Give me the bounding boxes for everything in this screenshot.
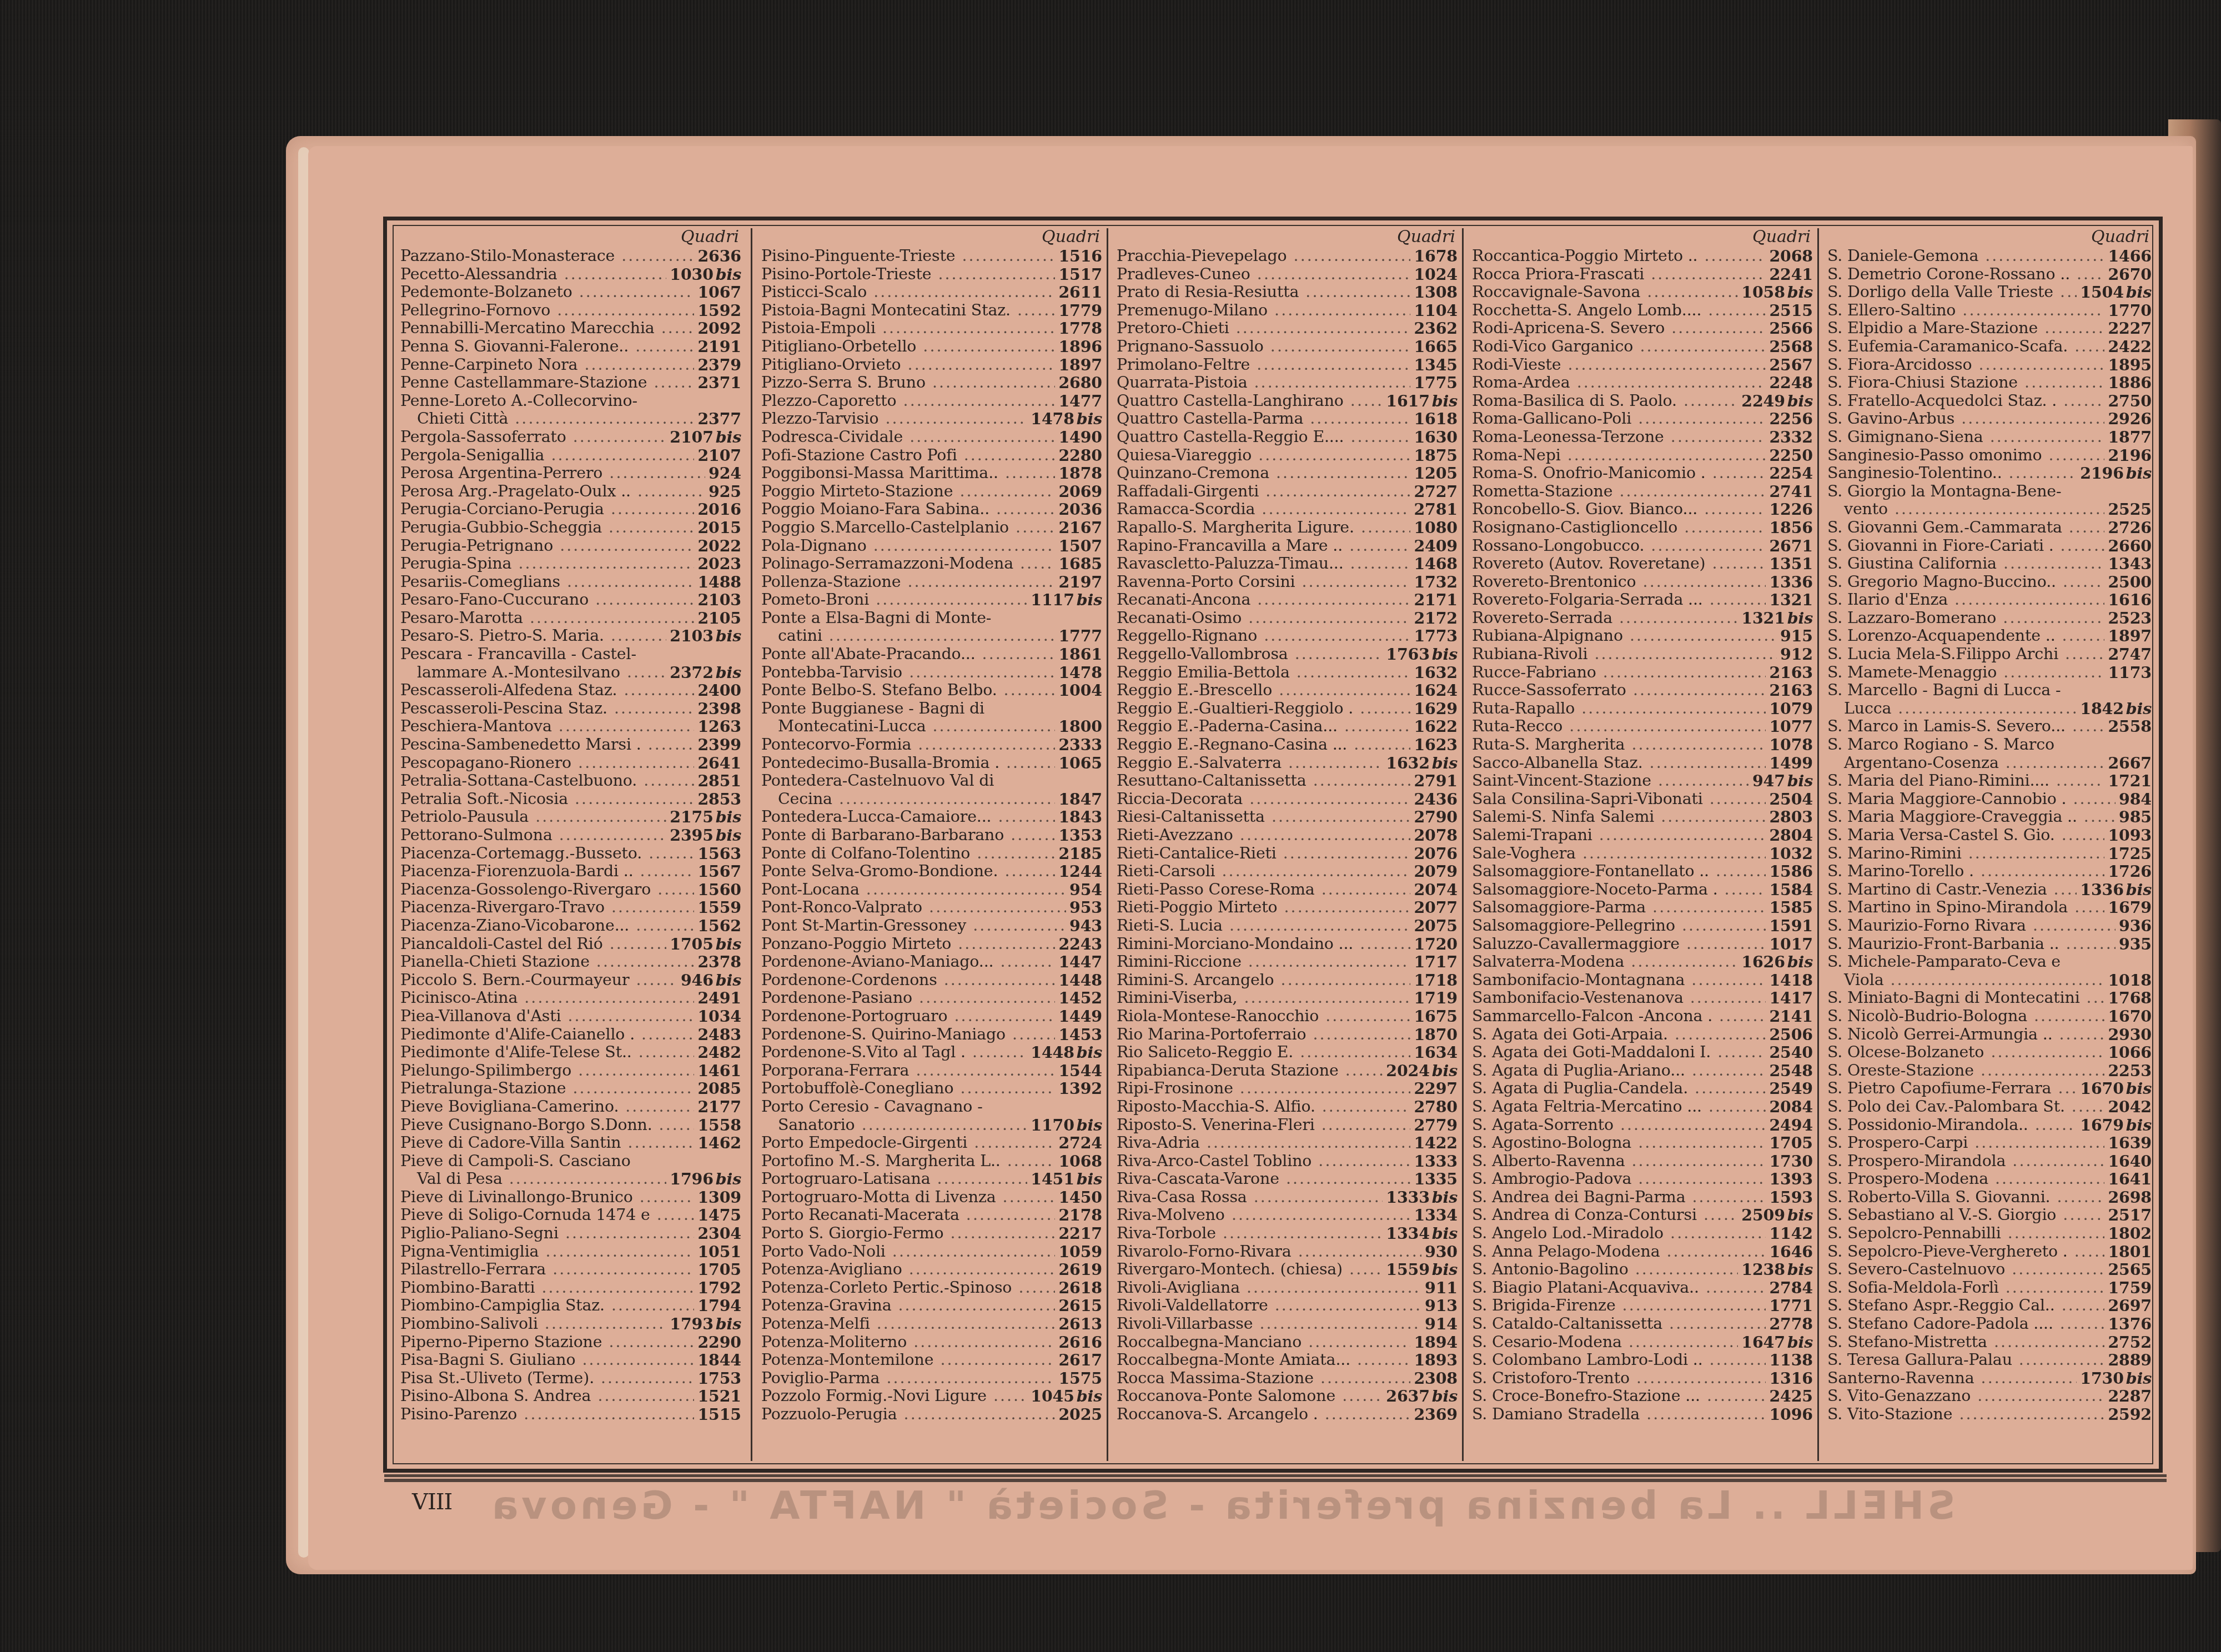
index-entry: S. Cesario-Modena1647bis xyxy=(1472,1333,1813,1352)
entry-number-value: 1777 xyxy=(1058,626,1102,645)
entry-place-name: Pieve Cusignano-Borgo S.Donn. xyxy=(400,1116,694,1134)
index-entry: Poggio S.Marcello-Castelplanio2167 xyxy=(761,519,1102,537)
entry-place-name: S. Miniato-Bagni di Montecatini xyxy=(1827,989,2104,1007)
entry-table-number: 1490 xyxy=(1055,428,1102,446)
index-entry: Pisino-Albona S. Andrea1521 xyxy=(400,1387,741,1405)
index-entry: Ruta-Rapallo1079 xyxy=(1472,700,1813,718)
entry-number-value: 2105 xyxy=(697,609,741,627)
entry-number-value: 1093 xyxy=(2108,826,2152,845)
index-entry: Pesaro-S. Pietro-S. Maria.2103bis xyxy=(400,627,741,645)
entry-number-value: 1618 xyxy=(1414,409,1458,428)
entry-place-name: S. Maurizio-Front-Barbania .. xyxy=(1827,935,2116,953)
entry-number-value: 2491 xyxy=(697,988,741,1007)
entry-table-number: 930 xyxy=(1421,1243,1458,1261)
index-entry: S. Marco Rogiano - S. Marco xyxy=(1827,736,2152,754)
entry-table-number: 2243 xyxy=(1055,935,1102,953)
entry-table-number: 2494 xyxy=(1766,1116,1813,1134)
entry-table-number: 1059 xyxy=(1055,1243,1102,1261)
entry-place-name: Quiesa-Viareggio xyxy=(1117,446,1410,465)
index-entry: Rometta-Stazione2741 xyxy=(1472,483,1813,501)
index-entry: S. Damiano Stradella1096 xyxy=(1472,1405,1813,1424)
entry-bis-suffix: bis xyxy=(2126,1116,2152,1134)
entry-table-number: 1685 xyxy=(1055,555,1102,573)
entry-table-number: 2163 xyxy=(1766,681,1813,700)
entry-place-name: Quattro Castella-Parma xyxy=(1117,410,1410,428)
entry-table-number: 1675 xyxy=(1410,1007,1458,1026)
entry-table-number: 1759 xyxy=(2104,1279,2152,1297)
index-entry: Salsomaggiore-Noceto-Parma .1584 xyxy=(1472,881,1813,899)
entry-table-number: 2617 xyxy=(1055,1351,1102,1369)
entry-table-number: 924 xyxy=(705,464,741,483)
index-entry: S. Lucia Mela-S.Filippo Archi2747 xyxy=(1827,645,2152,664)
index-entry: Petriolo-Pausula2175bis xyxy=(400,808,741,826)
entry-table-number: 2197 xyxy=(1055,573,1102,591)
index-entry: S. Ellero-Saltino1770 xyxy=(1827,302,2152,320)
entry-number-value: 2525 xyxy=(2108,500,2152,519)
entry-table-number: 2565 xyxy=(2104,1261,2152,1279)
entry-place-name: Rovereto-Folgaria-Serrada ... xyxy=(1472,591,1766,609)
entry-number-value: 1878 xyxy=(1058,464,1102,483)
index-entry: Pilastrello-Ferrara1705 xyxy=(400,1261,741,1279)
entry-place-name: Ruta-Recco xyxy=(1472,717,1766,736)
entry-table-number: 1238bis xyxy=(1738,1261,1813,1279)
index-entry: Pergola-Senigallia2107 xyxy=(400,446,741,465)
entry-table-number: 1793bis xyxy=(666,1315,741,1333)
index-entry: S. Gregorio Magno-Buccino..2500 xyxy=(1827,573,2152,591)
index-entry: Rivergaro-Montech. (chiesa)1559bis xyxy=(1117,1261,1458,1279)
entry-place-name: Pordenone-Portogruaro xyxy=(761,1007,1055,1026)
column-divider xyxy=(1462,228,1464,1461)
entry-table-number: 2024bis xyxy=(1383,1062,1458,1080)
index-entry: S. Nicolò Gerrei-Armungia ..2930 xyxy=(1827,1026,2152,1044)
index-entry: Roccantica-Poggio Mirteto ..2068 xyxy=(1472,247,1813,265)
entry-place-name: S. Marino-Rimini xyxy=(1827,845,2104,863)
index-entry: S. Teresa Gallura-Palau2889 xyxy=(1827,1351,2152,1369)
entry-number-value: 2851 xyxy=(697,771,741,790)
entry-number-value: 1778 xyxy=(1058,319,1102,338)
entry-table-number: 2567 xyxy=(1766,356,1813,374)
entry-table-number: 1067 xyxy=(694,283,741,302)
index-entry: Rocchetta-S. Angelo Lomb....2515 xyxy=(1472,302,1813,320)
entry-place-name: Ponte di Barbarano-Barbarano xyxy=(761,826,1055,845)
index-entry: Salsomaggiore-Pellegrino1591 xyxy=(1472,917,1813,935)
index-entry: Riva-Cascata-Varone1335 xyxy=(1117,1170,1458,1188)
entry-place-name: Roma-Leonessa-Terzone xyxy=(1472,428,1766,446)
entry-number-value: 924 xyxy=(708,464,741,483)
index-column-1: Quadri Pazzano-Stilo-Monasterace2636Pece… xyxy=(395,227,745,1463)
index-entry: Salemi-S. Ninfa Salemi2803 xyxy=(1472,808,1813,826)
entry-number-value: 2779 xyxy=(1414,1116,1458,1134)
index-entry: Rivoli-Valdellatorre913 xyxy=(1117,1297,1458,1315)
index-entry: Argentano-Cosenza2667 xyxy=(1827,754,2152,772)
entry-table-number: 2491 xyxy=(694,989,741,1007)
entry-place-name: Ponzano-Poggio Mirteto xyxy=(761,935,1055,953)
index-entry: Rucce-Sassoferrato2163 xyxy=(1472,681,1813,700)
entry-place-name: Rucce-Fabriano xyxy=(1472,664,1766,682)
entry-table-number: 2107bis xyxy=(666,428,741,446)
entry-number-value: 2641 xyxy=(697,754,741,772)
entry-place-name: Pontedera-Lucca-Camaiore... xyxy=(761,808,1055,826)
entry-number-value: 985 xyxy=(2119,807,2152,826)
entry-place-name: Piacenza-Gossolengo-Rivergaro xyxy=(400,881,694,899)
entry-table-number: 2379 xyxy=(694,356,741,374)
entry-number-value: 2558 xyxy=(2108,717,2152,736)
index-entry: Ponte di Colfano-Tolentino2185 xyxy=(761,845,1102,863)
entry-number-value: 1244 xyxy=(1058,862,1102,881)
entry-table-number: 2248 xyxy=(1766,374,1813,392)
entry-number-value: 1586 xyxy=(1769,862,1813,881)
entry-table-number: 2750 xyxy=(2104,392,2152,410)
entry-number-value: 2297 xyxy=(1414,1079,1458,1098)
entry-number-value: 2409 xyxy=(1414,536,1458,555)
entry-number-value: 2540 xyxy=(1769,1043,1813,1062)
index-entry: S. Agata Feltria-Mercatino ...2084 xyxy=(1472,1098,1813,1116)
entry-table-number: 2616 xyxy=(1055,1333,1102,1352)
entry-place-name: Sacco-Albanella Staz. xyxy=(1472,754,1766,772)
entry-place-name: Sale-Voghera xyxy=(1472,845,1766,863)
entry-place-name: catini xyxy=(761,627,1055,645)
entry-table-number: 1585 xyxy=(1766,898,1813,917)
entry-table-number: 1321 xyxy=(1766,591,1813,609)
entry-table-number: 985 xyxy=(2116,808,2152,826)
index-entry: Rodi-Vico Garganico2568 xyxy=(1472,338,1813,356)
entry-place-name: S. Cristoforo-Trento xyxy=(1472,1369,1766,1388)
entry-table-number: 2781 xyxy=(1410,500,1458,519)
entry-number-value: 1675 xyxy=(1414,1007,1458,1026)
index-entry: S. Agata dei Goti-Maddaloni I.2540 xyxy=(1472,1043,1813,1062)
entry-table-number: 1763bis xyxy=(1383,645,1458,664)
entry-place-name: Rieti-S. Lucia xyxy=(1117,917,1410,935)
entry-place-name: Pilastrello-Ferrara xyxy=(400,1261,694,1279)
index-entry: S. Maria Versa-Castel S. Gio.1093 xyxy=(1827,826,2152,845)
entry-number-value: 1616 xyxy=(2108,590,2152,609)
entry-place-name: Pescasseroli-Pescina Staz. xyxy=(400,700,694,718)
entry-number-value: 2671 xyxy=(1769,536,1813,555)
entry-place-name: Perosa Argentina-Perrero xyxy=(400,464,705,483)
entry-number-value: 2243 xyxy=(1058,935,1102,953)
entry-number-value: 2378 xyxy=(697,952,741,971)
entry-number-value: 2141 xyxy=(1769,1007,1813,1026)
index-entry: Riva-Adria1422 xyxy=(1117,1134,1458,1152)
index-entry: Rieti-Cantalice-Rieti2076 xyxy=(1117,845,1458,863)
entry-table-number: 2171 xyxy=(1410,591,1458,609)
index-entry: Pielungo-Spilimbergo1461 xyxy=(400,1062,741,1080)
entry-number-value: 2592 xyxy=(2108,1405,2152,1424)
index-entry: Portobuffolè-Conegliano1392 xyxy=(761,1079,1102,1098)
entry-table-number: 1024 xyxy=(1410,265,1458,284)
index-entry: Riva-Arco-Castel Toblino1333 xyxy=(1117,1152,1458,1171)
index-entry: Pisa-Bagni S. Giuliano1844 xyxy=(400,1351,741,1369)
index-entry: Rovereto (Autov. Roveretane)1351 xyxy=(1472,555,1813,573)
entry-table-number: 1080 xyxy=(1410,519,1458,537)
entry-place-name: Roma-Nepi xyxy=(1472,446,1766,465)
entry-table-number: 1462 xyxy=(694,1134,741,1152)
index-entry: S. Giovanni Gem.-Cammarata2726 xyxy=(1827,519,2152,537)
index-entry: Roma-Basilica di S. Paolo.2249bis xyxy=(1472,392,1813,410)
entry-number-value: 2803 xyxy=(1769,807,1813,826)
entry-table-number: 1856 xyxy=(1766,519,1813,537)
index-entry: Potenza-Montemilone2617 xyxy=(761,1351,1102,1369)
entry-table-number: 2558 xyxy=(2104,717,2152,736)
entry-place-name: Sanginesio-Tolentino.. xyxy=(1827,464,2077,483)
entry-table-number: 1624 xyxy=(1410,681,1458,700)
entry-place-name: S. Cesario-Modena xyxy=(1472,1333,1738,1352)
entry-number-value: 1030 xyxy=(670,265,713,284)
entry-bis-suffix: bis xyxy=(2126,464,2152,483)
entry-table-number: 1639 xyxy=(2104,1134,2152,1152)
entry-table-number: 2500 xyxy=(2104,573,2152,591)
entry-place-name: Ripabianca-Deruta Stazione xyxy=(1117,1062,1383,1080)
index-entry: Pazzano-Stilo-Monasterace2636 xyxy=(400,247,741,265)
index-entry: Pieve Bovigliana-Camerino.2177 xyxy=(400,1098,741,1116)
entry-table-number: 1336 xyxy=(1766,573,1813,591)
entry-number-value: 1562 xyxy=(697,916,741,935)
entry-number-value: 1059 xyxy=(1058,1242,1102,1261)
entry-place-name: Piombino-Baratti xyxy=(400,1279,694,1297)
index-entry: Pennabilli-Mercatino Marecchia2092 xyxy=(400,319,741,338)
entry-table-number: 2395bis xyxy=(666,826,741,845)
entry-place-name: S. Prospero-Modena xyxy=(1827,1170,2104,1188)
index-entry: Salsomaggiore-Parma1585 xyxy=(1472,898,1813,917)
entry-number-value: 2548 xyxy=(1769,1061,1813,1080)
entry-number-value: 2250 xyxy=(1769,446,1813,465)
index-entry: Primolano-Feltre1345 xyxy=(1117,356,1458,374)
entry-table-number: 2107 xyxy=(694,446,741,465)
index-entry: S. Pietro Capofiume-Ferrara1670bis xyxy=(1827,1079,2152,1098)
entry-table-number xyxy=(738,1152,741,1171)
index-entry: Saluzzo-Cavallermaggiore1017 xyxy=(1472,935,1813,953)
index-entry: Pescina-Sambenedetto Marsi .2399 xyxy=(400,736,741,754)
index-entry: Riesi-Caltanissetta2790 xyxy=(1117,808,1458,826)
index-entry: Pesaro-Fano-Cuccurano2103 xyxy=(400,591,741,609)
entry-place-name: Ravenna-Porto Corsini xyxy=(1117,573,1410,591)
entry-place-name: Rodi-Vieste xyxy=(1472,356,1766,374)
entry-place-name: Poggio Moiano-Fara Sabina.. xyxy=(761,500,1055,519)
column-header: Quadri xyxy=(400,227,741,247)
entry-place-name: S. Lorenzo-Acquapendente .. xyxy=(1827,627,2104,645)
entry-number-value: 1142 xyxy=(1769,1224,1813,1243)
entry-table-number: 2613 xyxy=(1055,1315,1102,1333)
entry-place-name: Reggio Emilia-Bettola xyxy=(1117,664,1410,682)
entry-number-value: 1875 xyxy=(1414,446,1458,465)
index-entry: Pieve di Campoli-S. Casciano xyxy=(400,1152,741,1171)
entry-bis-suffix: bis xyxy=(2126,1079,2152,1098)
entry-table-number: 2196 xyxy=(2104,446,2152,465)
entry-number-value: 2747 xyxy=(2108,645,2152,664)
entry-bis-suffix: bis xyxy=(716,663,741,682)
entry-place-name: Piombino-Campiglia Staz. xyxy=(400,1297,694,1315)
entry-table-number: 2930 xyxy=(2104,1026,2152,1044)
entry-place-name: Riesi-Caltanissetta xyxy=(1117,808,1410,826)
entry-place-name: Porto Recanati-Macerata xyxy=(761,1206,1055,1224)
entry-place-name: Pontedera-Castelnuovo Val di xyxy=(761,772,1099,790)
entry-place-name: Rivergaro-Montech. (chiesa) xyxy=(1117,1261,1383,1279)
entry-number-value: 1058 xyxy=(1741,283,1785,302)
entry-number-value: 2175 xyxy=(670,807,713,826)
entry-place-name: S. Stefano Cadore-Padola .... xyxy=(1827,1315,2104,1333)
entry-number-value: 2256 xyxy=(1769,409,1813,428)
column-header: Quadri xyxy=(1472,227,1813,247)
index-entry: Rovereto-Folgaria-Serrada ...1321 xyxy=(1472,591,1813,609)
index-entry: Ramacca-Scordia2781 xyxy=(1117,500,1458,519)
entry-bis-suffix: bis xyxy=(1432,391,1458,410)
entry-table-number: 2042 xyxy=(2104,1098,2152,1116)
entry-table-number: 2548 xyxy=(1766,1062,1813,1080)
index-entry: Roccanova-Ponte Salomone2637bis xyxy=(1117,1387,1458,1405)
index-entry: S. Alberto-Ravenna1730 xyxy=(1472,1152,1813,1171)
index-entry: S. Maria del Piano-Rimini....1721 xyxy=(1827,772,2152,790)
entry-table-number: 2103bis xyxy=(666,627,741,645)
entry-place-name: S. Marcello - Bagni di Lucca - xyxy=(1827,681,2148,700)
entry-number-value: 1205 xyxy=(1414,464,1458,483)
entry-place-name: S. Nicolò-Budrio-Bologna xyxy=(1827,1007,2104,1026)
entry-number-value: 2015 xyxy=(697,518,741,537)
entry-place-name: Pieve di Campoli-S. Casciano xyxy=(400,1152,738,1171)
entry-place-name: Pont-Locana xyxy=(761,881,1066,899)
index-entry: Rubiana-Alpignano915 xyxy=(1472,627,1813,645)
entry-table-number: 1068 xyxy=(1055,1152,1102,1171)
entry-table-number: 2249bis xyxy=(1738,392,1813,410)
entry-number-value: 1794 xyxy=(697,1296,741,1315)
entry-number-value: 1453 xyxy=(1058,1025,1102,1044)
entry-table-number: 2506 xyxy=(1766,1026,1813,1044)
entry-table-number: 1646 xyxy=(1766,1243,1813,1261)
index-entry: Pordenone-S. Quirino-Maniago1453 xyxy=(761,1026,1102,1044)
entry-table-number: 1343 xyxy=(2104,555,2152,573)
entry-place-name: Rieti-Passo Corese-Roma xyxy=(1117,881,1410,899)
entry-number-value: 1877 xyxy=(2108,428,2152,446)
entry-place-name: Pistoia-Empoli xyxy=(761,319,1055,338)
entry-number-value: 2249 xyxy=(1741,391,1785,410)
entry-place-name: Piperno-Piperno Stazione xyxy=(400,1333,694,1352)
entry-bis-suffix: bis xyxy=(716,428,741,446)
entry-number-value: 1592 xyxy=(697,301,741,320)
entry-place-name: Riva-Adria xyxy=(1117,1134,1410,1152)
entry-place-name: S. Agata di Puglia-Ariano... xyxy=(1472,1062,1766,1080)
entry-table-number: 1477 xyxy=(1055,392,1102,410)
entry-number-value: 913 xyxy=(1425,1296,1458,1315)
entry-number-value: 2680 xyxy=(1058,373,1102,392)
entry-number-value: 1321 xyxy=(1741,609,1785,627)
entry-place-name: Riccia-Decorata xyxy=(1117,790,1410,809)
index-entry: Penne-Carpineto Nora2379 xyxy=(400,356,741,374)
entry-table-number: 2227 xyxy=(2104,319,2152,338)
index-entry: S. Marino-Torello .1726 xyxy=(1827,862,2152,881)
index-entry: Piperno-Piperno Stazione2290 xyxy=(400,1333,741,1352)
entry-place-name: S. Michele-Pamparato-Ceva e xyxy=(1827,953,2148,971)
index-entry: Quattro Castella-Parma1618 xyxy=(1117,410,1458,428)
entry-table-number: 915 xyxy=(1777,627,1813,645)
entry-table-number: 2504 xyxy=(1766,790,1813,809)
entry-number-value: 1309 xyxy=(697,1188,741,1207)
entry-place-name: Rovereto (Autov. Roveretane) xyxy=(1472,555,1766,573)
entry-place-name: Pontecorvo-Formia xyxy=(761,736,1055,754)
entry-bis-suffix: bis xyxy=(1077,1043,1102,1062)
entry-place-name: Roccavignale-Savona xyxy=(1472,283,1738,302)
entry-table-number: 2078 xyxy=(1410,826,1458,845)
entry-table-number: 2637bis xyxy=(1383,1387,1458,1405)
entry-table-number: 1670 xyxy=(2104,1007,2152,1026)
entry-place-name: Riva-Arco-Castel Toblino xyxy=(1117,1152,1410,1171)
index-entry: Ruta-S. Margherita1078 xyxy=(1472,736,1813,754)
entry-place-name: Porto S. Giorgio-Fermo xyxy=(761,1224,1055,1243)
entry-place-name: Rio Marina-Portoferraio xyxy=(1117,1026,1410,1044)
entry-number-value: 2778 xyxy=(1769,1314,1813,1333)
entry-table-number: 1448 xyxy=(1055,971,1102,990)
entry-number-value: 1051 xyxy=(697,1242,741,1261)
entry-table-number: 1461 xyxy=(694,1062,741,1080)
entry-place-name: S. Lazzaro-Bomerano xyxy=(1827,609,2104,627)
index-entry: S. Olcese-Bolzaneto1066 xyxy=(1827,1043,2152,1062)
entry-table-number: 2177 xyxy=(694,1098,741,1116)
entry-table-number: 1732 xyxy=(1410,573,1458,591)
entry-table-number: 2297 xyxy=(1410,1079,1458,1098)
entry-table-number: 1626bis xyxy=(1738,953,1813,971)
entry-place-name: Poviglio-Parma xyxy=(761,1369,1055,1388)
entry-table-number: 1096 xyxy=(1766,1405,1813,1424)
index-entry: Pieve di Livinallongo-Brunico1309 xyxy=(400,1188,741,1207)
entry-list: Pisino-Pinguente-Trieste1516Pisino-Porto… xyxy=(761,247,1102,1424)
entry-bis-suffix: bis xyxy=(1432,1387,1458,1405)
entry-place-name: Rodi-Apricena-S. Severo xyxy=(1472,319,1766,338)
index-entry: Penna S. Giovanni-Falerone..2191 xyxy=(400,338,741,356)
index-entry: Pescara - Francavilla - Castel- xyxy=(400,645,741,664)
entry-table-number: 913 xyxy=(1421,1297,1458,1315)
entry-place-name: Riposto-Macchia-S. Alfio. xyxy=(1117,1098,1410,1116)
bottom-double-rule xyxy=(384,1474,2167,1482)
entry-number-value: 947 xyxy=(1752,771,1785,790)
column-divider xyxy=(1107,228,1108,1461)
entry-number-value: 2377 xyxy=(697,409,741,428)
index-entry: Quiesa-Viareggio1875 xyxy=(1117,446,1458,465)
entry-table-number: 2362 xyxy=(1410,319,1458,338)
entry-place-name: Rodi-Vico Garganico xyxy=(1472,338,1766,356)
index-entry: Ponte di Barbarano-Barbarano1353 xyxy=(761,826,1102,845)
entry-number-value: 1104 xyxy=(1414,301,1458,320)
entry-number-value: 1847 xyxy=(1058,790,1102,809)
entry-place-name: Ravascletto-Paluzza-Timau... xyxy=(1117,555,1410,573)
entry-table-number: 1449 xyxy=(1055,1007,1102,1026)
entry-table-number: 2523 xyxy=(2104,609,2152,627)
index-entry: Pitigliano-Orvieto1897 xyxy=(761,356,1102,374)
entry-number-value: 1593 xyxy=(1769,1188,1813,1207)
entry-place-name: Penne Castellammare-Stazione xyxy=(400,374,694,392)
entry-place-name: S. Maurizio-Forno Rivara xyxy=(1827,917,2116,935)
entry-place-name: S. Agata dei Goti-Maddaloni I. xyxy=(1472,1043,1766,1062)
entry-number-value: 1679 xyxy=(2080,1116,2124,1134)
entry-place-name: Pracchia-Pievepelago xyxy=(1117,247,1410,265)
entry-table-number: 1679bis xyxy=(2077,1116,2152,1134)
column-header: Quadri xyxy=(761,227,1102,247)
entry-table-number: 2540 xyxy=(1766,1043,1813,1062)
entry-number-value: 1632 xyxy=(1386,754,1430,772)
entry-place-name: S. Fratello-Acquedolci Staz. . xyxy=(1827,392,2104,410)
entry-place-name: Pordenone-Cordenons xyxy=(761,971,1055,990)
index-entry: Roccalbegna-Manciano1894 xyxy=(1117,1333,1458,1352)
entry-number-value: 2163 xyxy=(1769,681,1813,700)
entry-number-value: 2697 xyxy=(2108,1296,2152,1315)
entry-table-number: 1030bis xyxy=(666,265,741,284)
entry-place-name: S. Stefano-Mistretta xyxy=(1827,1333,2104,1352)
entry-number-value: 1896 xyxy=(1058,337,1102,356)
entry-number-value: 2523 xyxy=(2108,609,2152,627)
entry-number-value: 1730 xyxy=(2080,1369,2124,1388)
index-entry: Peschiera-Mantova1263 xyxy=(400,717,741,736)
entry-number-value: 2667 xyxy=(2108,754,2152,772)
entry-place-name: Reggello-Vallombrosa xyxy=(1117,645,1383,664)
entry-table-number: 1263 xyxy=(694,717,741,736)
entry-table-number: 912 xyxy=(1777,645,1813,664)
